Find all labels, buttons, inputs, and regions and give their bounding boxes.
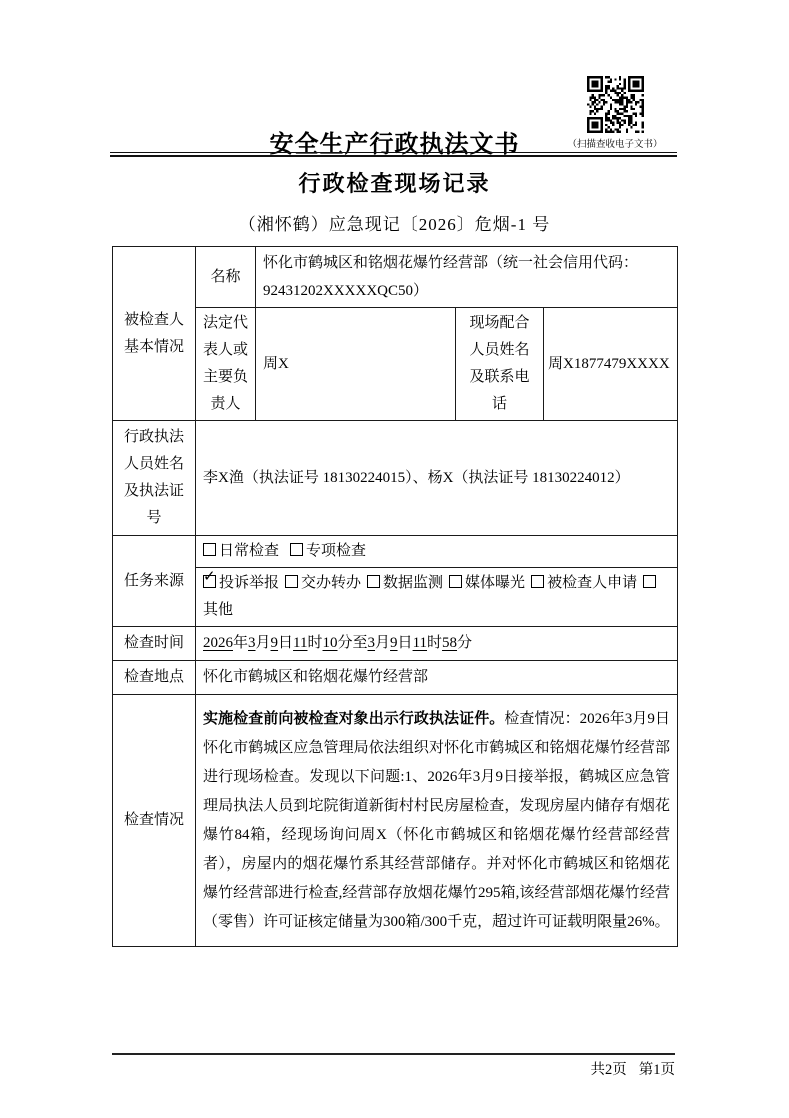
cell-value-enforcers: 李X渔（执法证号 18130224015）、杨X（执法证号 1813022401… xyxy=(196,421,678,536)
check-time-static-text: 时 xyxy=(308,635,323,651)
cell-value-legal-rep: 周X xyxy=(256,308,456,421)
cell-label-contact: 现场配合人员姓名及联系电话 xyxy=(456,308,544,421)
task-source-row-0: 日常检查专项检查 xyxy=(196,536,678,568)
check-time-filled-value: 3 xyxy=(248,635,256,651)
doc-number: （湘怀鹤）应急现记〔2026〕危烟-1 号 xyxy=(112,210,677,235)
check-time-static-text: 月 xyxy=(375,635,390,651)
situation-paragraph: 实施检查前向被检查对象出示行政执法证件。检查情况：2026年3月9日怀化市鹤城区… xyxy=(203,704,670,937)
check-time-filled-value: 11 xyxy=(293,635,307,651)
cell-label-legal-rep: 法定代表人或主要负责人 xyxy=(196,308,256,421)
check-time-filled-value: 2026 xyxy=(203,635,233,651)
task-source-option: 日常检查 xyxy=(203,543,279,559)
check-time-filled-value: 58 xyxy=(442,635,457,651)
cell-value-check-situation: 实施检查前向被检查对象出示行政执法证件。检查情况：2026年3月9日怀化市鹤城区… xyxy=(196,695,678,947)
check-time-static-text: 时 xyxy=(427,635,442,651)
empty-checkbox-icon xyxy=(643,575,656,588)
situation-text: 检查情况：2026年3月9日怀化市鹤城区应急管理局依法组织对怀化市鹤城区和铭烟花… xyxy=(203,711,670,930)
row-label-check-time: 检查时间 xyxy=(113,627,196,661)
empty-checkbox-icon xyxy=(367,575,380,588)
check-time-static-text: 日 xyxy=(278,635,293,651)
checked-checkbox-icon: ✓ xyxy=(203,575,216,588)
task-source-option-label: 日常检查 xyxy=(219,543,279,559)
cell-value-contact: 周X1877479XXXX xyxy=(544,308,678,421)
check-mark-icon: ✓ xyxy=(203,569,216,584)
task-source-option: 专项检查 xyxy=(290,543,366,559)
task-source-option-label: 被检查人申请 xyxy=(547,575,637,591)
current-page: 第1页 xyxy=(639,1062,675,1078)
inspection-record-table: 被检查人基本情况 名称 怀化市鹤城区和铭烟花爆竹经营部（统一社会信用代码：924… xyxy=(112,246,678,947)
task-source-option-label: 专项检查 xyxy=(306,543,366,559)
check-time-static-text: 分 xyxy=(457,635,472,651)
document-page: （扫描查收电子文书） 安全生产行政执法文书 行政检查现场记录 （湘怀鹤）应急现记… xyxy=(0,0,789,1118)
task-source-option: 媒体曝光 xyxy=(449,575,525,591)
check-time-filled-value: 3 xyxy=(368,635,376,651)
empty-checkbox-icon xyxy=(290,543,303,556)
empty-checkbox-icon xyxy=(531,575,544,588)
check-time-filled-value: 11 xyxy=(413,635,427,651)
page-footer: 共2页第1页 xyxy=(591,1058,676,1079)
task-source-option-label: 投诉举报 xyxy=(219,575,279,591)
row-label-inspected-party: 被检查人基本情况 xyxy=(113,247,196,421)
empty-checkbox-icon xyxy=(203,543,216,556)
task-source-option: ✓投诉举报 xyxy=(203,575,279,591)
footer-divider xyxy=(112,1053,675,1055)
check-time-static-text: 日 xyxy=(398,635,413,651)
row-label-task-source: 任务来源 xyxy=(113,536,196,627)
task-source-option-label: 交办转办 xyxy=(301,575,361,591)
check-time-filled-value: 10 xyxy=(323,635,338,651)
cell-value-name: 怀化市鹤城区和铭烟花爆竹经营部（统一社会信用代码：92431202XXXXXQC… xyxy=(256,247,678,308)
check-time-static-text: 年 xyxy=(233,635,248,651)
row-label-enforcers: 行政执法人员姓名及执法证号 xyxy=(113,421,196,536)
cell-value-check-place: 怀化市鹤城区和铭烟花爆竹经营部 xyxy=(196,661,678,695)
row-label-check-place: 检查地点 xyxy=(113,661,196,695)
total-pages: 共2页 xyxy=(591,1062,627,1078)
empty-checkbox-icon xyxy=(285,575,298,588)
situation-bold-lead: 实施检查前向被检查对象出示行政执法证件。 xyxy=(203,710,504,727)
task-source-row-1: ✓投诉举报交办转办数据监测媒体曝光被检查人申请其他 xyxy=(196,568,678,627)
task-source-option-label: 数据监测 xyxy=(383,575,443,591)
check-time-filled-value: 9 xyxy=(271,635,279,651)
task-source-option: 被检查人申请 xyxy=(531,575,637,591)
empty-checkbox-icon xyxy=(449,575,462,588)
row-label-check-situation: 检查情况 xyxy=(113,695,196,947)
cell-value-check-time: 2026年3月9日11时10分至3月9日11时58分 xyxy=(196,627,678,661)
task-source-option: 数据监测 xyxy=(367,575,443,591)
check-time-filled-value: 9 xyxy=(390,635,398,651)
task-source-option-label: 媒体曝光 xyxy=(465,575,525,591)
cell-label-name: 名称 xyxy=(196,247,256,308)
check-time-static-text: 月 xyxy=(256,635,271,651)
task-source-option: 交办转办 xyxy=(285,575,361,591)
check-time-static-text: 分至 xyxy=(338,635,368,651)
page-title: 行政检查现场记录 xyxy=(112,167,677,198)
task-source-option-label: 其他 xyxy=(203,602,233,618)
header-divider xyxy=(110,152,677,157)
